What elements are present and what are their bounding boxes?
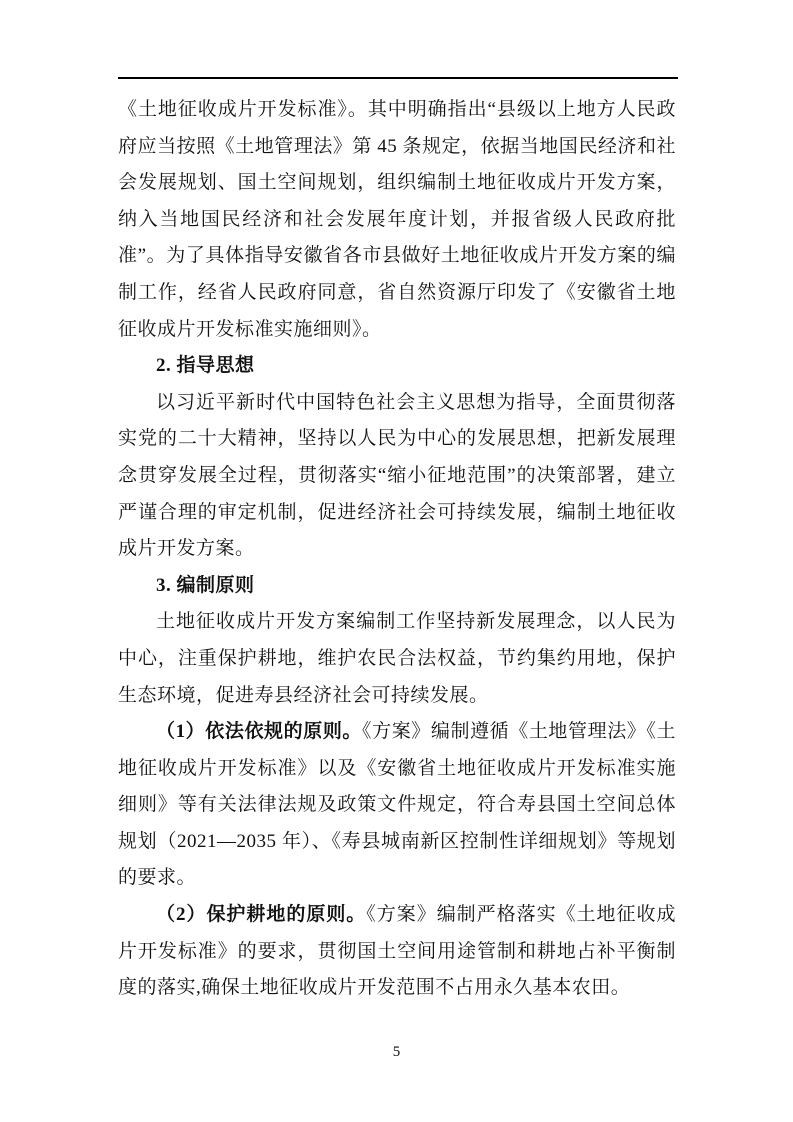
paragraph-principle-2: （2）保护耕地的原则。《方案》编制严格落实《土地征收成片开发标准》的要求，贯彻国… (118, 897, 676, 1007)
section-heading-2: 2. 指导思想 (118, 348, 676, 385)
principle-1-body: 《方案》编制遵循《土地管理法》《土地征收成片开发标准》以及《安徽省土地征收成片开… (118, 721, 676, 888)
principle-2-lead: （2）保护耕地的原则。 (156, 904, 366, 925)
paragraph-principles-intro: 土地征收成片开发方案编制工作坚持新发展理念，以人民为中心，注重保护耕地，维护农民… (118, 604, 676, 714)
header-rule (118, 77, 678, 79)
document-page: 《土地征收成片开发标准》。其中明确指出“县级以上地方人民政府应当按照《土地管理法… (0, 0, 793, 1122)
page-body: 《土地征收成片开发标准》。其中明确指出“县级以上地方人民政府应当按照《土地管理法… (118, 92, 676, 1007)
paragraph-continuation: 《土地征收成片开发标准》。其中明确指出“县级以上地方人民政府应当按照《土地管理法… (118, 92, 676, 348)
section-heading-3: 3. 编制原则 (118, 568, 676, 605)
page-number: 5 (0, 1042, 793, 1062)
principle-1-lead: （1）依法依规的原则。 (156, 721, 362, 742)
paragraph-guiding-ideology: 以习近平新时代中国特色社会主义思想为指导，全面贯彻落实党的二十大精神，坚持以人民… (118, 385, 676, 568)
paragraph-principle-1: （1）依法依规的原则。《方案》编制遵循《土地管理法》《土地征收成片开发标准》以及… (118, 714, 676, 897)
